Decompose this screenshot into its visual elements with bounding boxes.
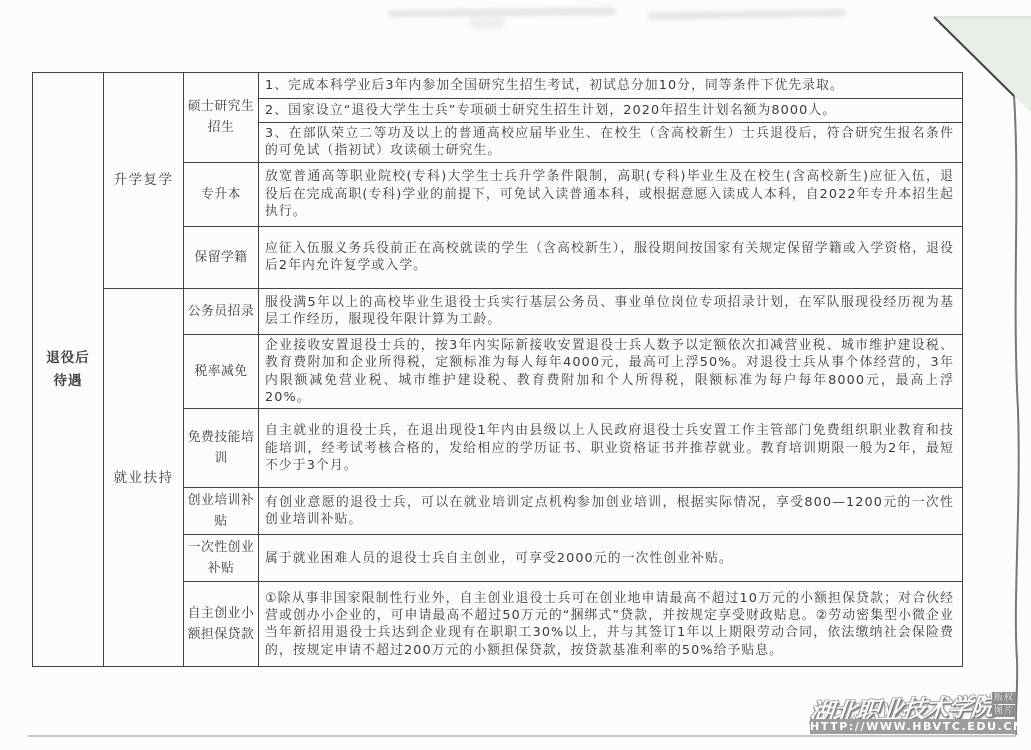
table-row: 就业扶持 公务员招录 服役满5年以上的高校毕业生退役士兵实行基层公务员、事业单位… bbox=[33, 288, 963, 334]
content-cell: 3、在部队荣立二等功及以上的普通高校应届毕业生、在校生（含高校新生）士兵退役后，… bbox=[259, 123, 963, 163]
content-cell: 企业接收安置退役士兵的，按3年内实际新接收安置退役士兵人数予以定额依次扣减营业税… bbox=[259, 334, 963, 409]
content-cell: 1、完成本科学业后3年内参加全国研究生招生考试，初试总分加10分，同等条件下优先… bbox=[259, 73, 963, 99]
row-label-free-skill-training: 免费技能培 训 bbox=[184, 409, 259, 488]
row-label-graduate-admission: 硕士研究生 招生 bbox=[184, 73, 259, 163]
page-right-edge bbox=[1014, 96, 1019, 735]
content-cell: 服役满5年以上的高校毕业生退役士兵实行基层公务员、事业单位岗位专项招录计划，在军… bbox=[259, 288, 963, 334]
group-cell-jiuye: 就业扶持 bbox=[104, 288, 184, 667]
content-cell: 2、国家设立“退役大学生士兵”专项硕士研究生招生计划，2020年招生计划名额为8… bbox=[259, 99, 963, 123]
category-cell: 退役后 待遇 bbox=[33, 73, 104, 667]
row-label-onetime-startup-subsidy: 一次性创业 补贴 bbox=[184, 535, 259, 582]
row-label-guaranteed-loan: 自主创业小 额担保贷款 bbox=[184, 582, 259, 667]
content-cell: 放宽普通高等职业院校(专科)大学生士兵升学条件限制，高职(专科)毕业生及在校生(… bbox=[259, 162, 963, 226]
row-label-startup-training-subsidy: 创业培训补 贴 bbox=[184, 488, 259, 535]
group-cell-shengxue: 升学复学 bbox=[104, 73, 184, 289]
content-cell: 有创业意愿的退役士兵，可以在就业培训定点机构参加创业培训，根据实际情况，享受80… bbox=[259, 488, 963, 535]
row-label-zhuanshengben: 专升本 bbox=[184, 162, 259, 226]
content-cell: ①除从事非国家限制性行业外，自主创业退役士兵可在创业地申请最高不超过10万元的小… bbox=[259, 582, 963, 667]
row-label-tax-relief: 税率减免 bbox=[184, 334, 259, 409]
content-cell: 应征入伍服义务兵役前正在高校就读的学生（含高校新生），服役期间按国家有关规定保留… bbox=[259, 226, 963, 288]
row-label-retain-enrollment: 保留学籍 bbox=[184, 226, 259, 288]
scan-smudge bbox=[648, 9, 846, 19]
content-cell: 自主就业的退役士兵，在退出现役1年内由县级以上人民政府退役士兵安置工作主管部门免… bbox=[259, 409, 963, 488]
watermark-url: HTTP://WWW.HBVTC.EDU.CN bbox=[810, 719, 1016, 734]
benefits-table: 退役后 待遇 升学复学 硕士研究生 招生 1、完成本科学业后3年内参加全国研究生… bbox=[32, 72, 963, 667]
copyright-badge-line: 图片 bbox=[992, 705, 1016, 717]
scanned-document-page: 退役后 待遇 升学复学 硕士研究生 招生 1、完成本科学业后3年内参加全国研究生… bbox=[0, 0, 1031, 750]
row-label-civil-servant: 公务员招录 bbox=[184, 288, 259, 334]
copyright-badge-line: 版权 bbox=[992, 692, 1016, 704]
scan-smudge bbox=[388, 8, 616, 18]
table-row: 退役后 待遇 升学复学 硕士研究生 招生 1、完成本科学业后3年内参加全国研究生… bbox=[33, 73, 963, 99]
watermark: 湖北职业技术学院 版权 图片 HTTP://WWW.HBVTC.EDU.CN bbox=[806, 688, 1016, 738]
content-cell: 属于就业困难人员的退役士兵自主创业，可享受2000元的一次性创业补贴。 bbox=[259, 535, 963, 582]
scan-smudge bbox=[470, 17, 504, 29]
copyright-badge: 版权 图片 bbox=[992, 692, 1016, 717]
